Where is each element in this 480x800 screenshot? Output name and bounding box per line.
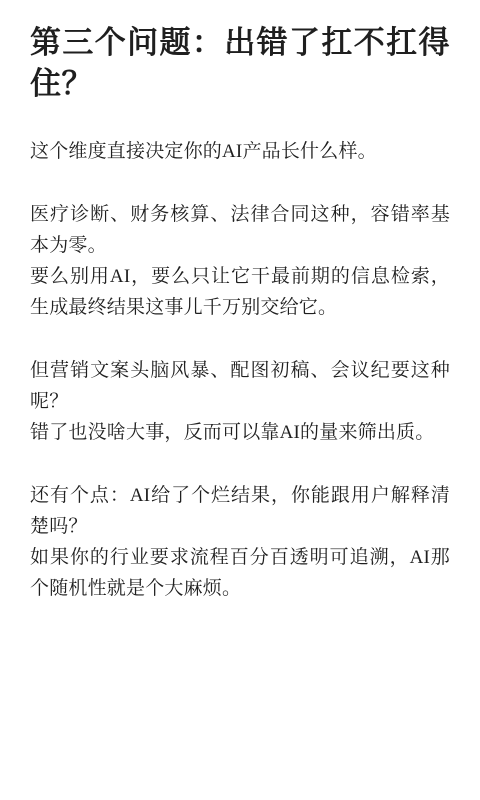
paragraph: 还有个点：AI给了个烂结果，你能跟用户解释清楚吗？ [30,480,450,542]
paragraph: 错了也没啥大事，反而可以靠AI的量来筛出质。 [30,417,450,448]
article-title: 第三个问题：出错了扛不扛得住？ [30,22,450,104]
paragraph: 如果你的行业要求流程百分百透明可追溯，AI那个随机性就是个大麻烦。 [30,542,450,604]
paragraph: 但营销文案头脑风暴、配图初稿、会议纪要这种呢？ [30,355,450,417]
paragraph: 这个维度直接决定你的AI产品长什么样。 [30,136,450,167]
paragraph-group-4: 还有个点：AI给了个烂结果，你能跟用户解释清楚吗？ 如果你的行业要求流程百分百透… [30,480,450,604]
paragraph: 要么别用AI，要么只让它干最前期的信息检索，生成最终结果这事儿千万别交给它。 [30,261,450,323]
paragraph: 医疗诊断、财务核算、法律合同这种，容错率基本为零。 [30,199,450,261]
article-page: 第三个问题：出错了扛不扛得住？ 这个维度直接决定你的AI产品长什么样。 医疗诊断… [0,0,480,800]
paragraph-group-2: 医疗诊断、财务核算、法律合同这种，容错率基本为零。 要么别用AI，要么只让它干最… [30,199,450,323]
paragraph-group-3: 但营销文案头脑风暴、配图初稿、会议纪要这种呢？ 错了也没啥大事，反而可以靠AI的… [30,355,450,448]
paragraph-group-1: 这个维度直接决定你的AI产品长什么样。 [30,136,450,167]
